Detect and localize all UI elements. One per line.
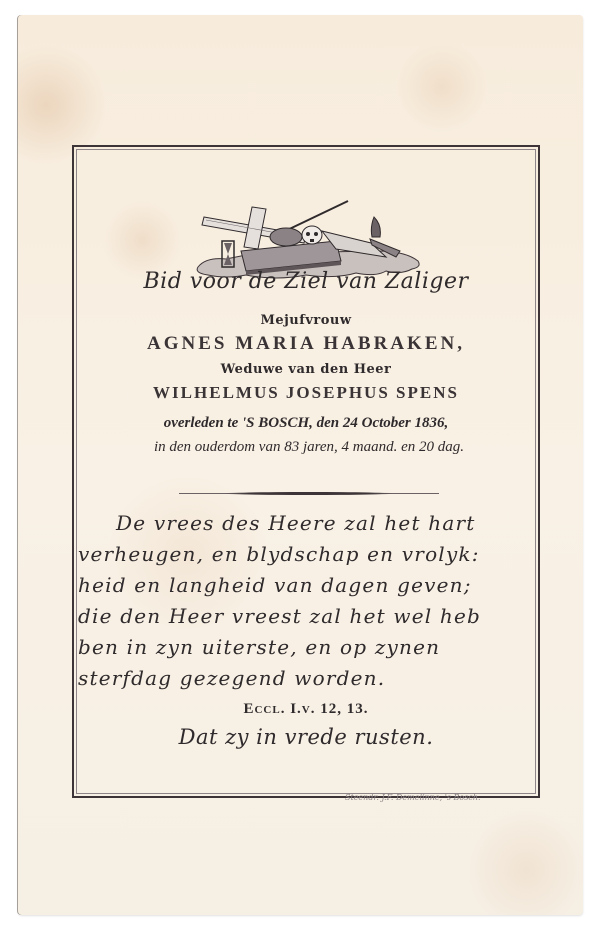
deceased-name: AGNES MARIA HABRAKEN, — [74, 333, 538, 355]
divider-rule — [224, 492, 394, 495]
closing-blessing: Dat zy in vrede rusten. — [74, 725, 538, 749]
prayer-heading: Bid voor de Ziel van Zaliger — [74, 269, 538, 294]
verse-line: De vrees des Heere zal het hart — [116, 511, 534, 535]
verse-line: ben in zyn uiterste, en op zynen — [78, 635, 534, 659]
card-frame: Bid voor de Ziel van Zaliger Mejufvrouw … — [72, 145, 540, 798]
verse-line: heid en langheid van dagen geven; — [78, 573, 534, 597]
printer-imprint: Steendr. J.F. Demelinne, 's Bosch. — [345, 793, 481, 802]
scripture-reference: Eccl. I.v. 12, 13. — [74, 701, 538, 718]
husband-name: WILHELMUS JOSEPHUS SPENS — [74, 383, 538, 403]
verse-line: sterfdag gezegend worden. — [78, 666, 534, 690]
death-place-date: overleden te 'S BOSCH, den 24 October 18… — [74, 415, 538, 432]
title-mejufvrouw: Mejufvrouw — [74, 313, 538, 328]
verse-line: verheugen, en blydschap en vrolyk: — [78, 542, 534, 566]
relation-text: Weduwe van den Heer — [74, 362, 538, 377]
death-age: in den ouderdom van 83 jaren, 4 maand. e… — [80, 439, 538, 456]
verse-line: die den Heer vreest zal het wel heb — [78, 604, 534, 628]
memorial-card: Bid voor de Ziel van Zaliger Mejufvrouw … — [18, 15, 583, 915]
